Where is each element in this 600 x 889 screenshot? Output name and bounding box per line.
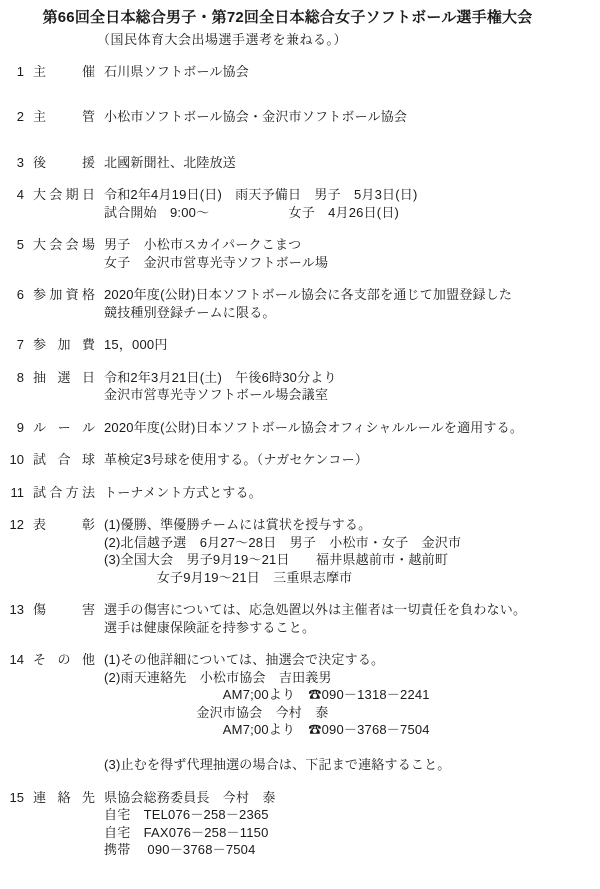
text-line: (3)止むを得ず代理抽選の場合は、下記まで連絡すること。 [104,756,600,774]
item-number: 12 [0,516,24,534]
item-number: 11 [0,484,24,502]
text-line: 選手の傷害については、応急処置以外は主催者は一切責任を負わない。 [104,601,600,619]
item-label: 試合方法 [33,484,95,502]
document-item: 4 大会期日 令和2年4月19日(日) 雨天予備日 男子 5月3日(日)試合開始… [0,186,600,221]
page-subtitle: （国民体育大会出場選手選考を兼ねる。） [97,31,600,49]
text-line: 15，000円 [104,336,600,354]
item-label: 連絡先 [33,789,95,807]
text-line: 男子 小松市スカイパークこまつ [104,236,600,254]
item-content: 革検定3号球を使用する。（ナガセケンコー） [104,451,600,469]
item-label: 表彰 [33,516,95,534]
text-line: 競技種別登録チームに限る。 [104,304,600,322]
document-item: 2 主管 小松市ソフトボール協会・金沢市ソフトボール協会 [0,108,600,126]
item-label: 大会会場 [33,236,95,254]
item-content: 石川県ソフトボール協会 [104,63,600,81]
text-line: 令和2年3月21日(土) 午後6時30分より [104,369,600,387]
item-number: 4 [0,186,24,204]
document-item: 10 試合球 革検定3号球を使用する。（ナガセケンコー） [0,451,600,469]
item-label: 傷害 [33,601,95,619]
item-label: 主管 [33,108,95,126]
text-line: 選手は健康保険証を持参すること。 [104,619,600,637]
item-content: 15，000円 [104,336,600,354]
item-content: (1)優勝、準優勝チームには賞状を授与する。(2)北信越予選 6月27～28日 … [104,516,600,586]
item-label: 参加費 [33,336,95,354]
document-item: 9 ルール 2020年度(公財)日本ソフトボール協会オフィシャルルールを適用する… [0,419,600,437]
item-label: 大会期日 [33,186,95,204]
text-line: 2020年度(公財)日本ソフトボール協会に各支部を通じて加盟登録した [104,286,600,304]
text-line: トーナメント方式とする。 [104,484,600,502]
document-item: 8 抽選日 令和2年3月21日(土) 午後6時30分より金沢市営専光寺ソフトボー… [0,369,600,404]
text-line: 革検定3号球を使用する。（ナガセケンコー） [104,451,600,469]
item-number: 3 [0,154,24,172]
item-number: 8 [0,369,24,387]
item-label: 抽選日 [33,369,95,387]
text-line: 試合開始 9:00～ 女子 4月26日(日) [104,204,600,222]
item-content: トーナメント方式とする。 [104,484,600,502]
text-line: (1)その他詳細については、抽選会で決定する。 [104,651,600,669]
document-item: 14 その他 (1)その他詳細については、抽選会で決定する。(2)雨天連絡先 小… [0,651,600,774]
item-label: 後援 [33,154,95,172]
document-item: 7 参加費 15，000円 [0,336,600,354]
item-number: 9 [0,419,24,437]
text-line: (3)全国大会 男子9月19～21日 福井県越前市・越前町 [104,551,600,569]
item-number: 10 [0,451,24,469]
text-line: 携帯 090－3768－7504 [104,841,600,859]
items-list: 1 主催 石川県ソフトボール協会 2 主管 小松市ソフトボール協会・金沢市ソフト… [0,63,600,859]
text-line: 2020年度(公財)日本ソフトボール協会オフィシャルルールを適用する。 [104,419,600,437]
item-number: 13 [0,601,24,619]
text-line: 北國新聞社、北陸放送 [104,154,600,172]
text-line: 女子 金沢市営専光寺ソフトボール場 [104,254,600,272]
item-number: 2 [0,108,24,126]
item-number: 6 [0,286,24,304]
text-line: (2)雨天連絡先 小松市協会 吉田義男 [104,669,600,687]
page-title: 第66回全日本総合男子・第72回全日本総合女子ソフトボール選手権大会 [0,8,575,27]
text-line: 小松市ソフトボール協会・金沢市ソフトボール協会 [104,108,600,126]
item-content: 2020年度(公財)日本ソフトボール協会に各支部を通じて加盟登録した競技種別登録… [104,286,600,321]
item-content: 小松市ソフトボール協会・金沢市ソフトボール協会 [104,108,600,126]
text-line: 県協会総務委員長 今村 泰 [104,789,600,807]
text-line: 自宅 TEL076－258－2365 [104,806,600,824]
text-line: 自宅 FAX076－258－1150 [104,824,600,842]
item-content: (1)その他詳細については、抽選会で決定する。(2)雨天連絡先 小松市協会 吉田… [104,651,600,774]
text-line: AM7;00より ☎090－1318－2241 [104,686,600,704]
item-label: 参加資格 [33,286,95,304]
item-content: 令和2年3月21日(土) 午後6時30分より金沢市営専光寺ソフトボール場会議室 [104,369,600,404]
text-line: 金沢市協会 今村 泰 [104,704,600,722]
item-number: 5 [0,236,24,254]
item-content: 選手の傷害については、応急処置以外は主催者は一切責任を負わない。選手は健康保険証… [104,601,600,636]
item-content: 北國新聞社、北陸放送 [104,154,600,172]
item-number: 15 [0,789,24,807]
item-number: 14 [0,651,24,669]
item-label: 試合球 [33,451,95,469]
text-line: 石川県ソフトボール協会 [104,63,600,81]
item-label: ルール [33,419,95,437]
document-item: 3 後援 北國新聞社、北陸放送 [0,154,600,172]
text-line: 女子9月19～21日 三重県志摩市 [104,569,600,587]
tournament-announcement-document: 第66回全日本総合男子・第72回全日本総合女子ソフトボール選手権大会 （国民体育… [0,0,600,889]
item-content: 2020年度(公財)日本ソフトボール協会オフィシャルルールを適用する。 [104,419,600,437]
document-item: 13 傷害 選手の傷害については、応急処置以外は主催者は一切責任を負わない。選手… [0,601,600,636]
text-line: 令和2年4月19日(日) 雨天予備日 男子 5月3日(日) [104,186,600,204]
document-item: 11 試合方法 トーナメント方式とする。 [0,484,600,502]
text-line [104,739,600,757]
document-item: 12 表彰 (1)優勝、準優勝チームには賞状を授与する。(2)北信越予選 6月2… [0,516,600,586]
text-line: AM7;00より ☎090－3768－7504 [104,721,600,739]
document-item: 1 主催 石川県ソフトボール協会 [0,63,600,81]
document-item: 6 参加資格 2020年度(公財)日本ソフトボール協会に各支部を通じて加盟登録し… [0,286,600,321]
item-content: 男子 小松市スカイパークこまつ女子 金沢市営専光寺ソフトボール場 [104,236,600,271]
item-number: 7 [0,336,24,354]
item-content: 県協会総務委員長 今村 泰自宅 TEL076－258－2365自宅 FAX076… [104,789,600,859]
item-label: その他 [33,651,95,669]
text-line: 金沢市営専光寺ソフトボール場会議室 [104,386,600,404]
item-content: 令和2年4月19日(日) 雨天予備日 男子 5月3日(日)試合開始 9:00～ … [104,186,600,221]
text-line: (1)優勝、準優勝チームには賞状を授与する。 [104,516,600,534]
document-item: 15 連絡先 県協会総務委員長 今村 泰自宅 TEL076－258－2365自宅… [0,789,600,859]
item-number: 1 [0,63,24,81]
text-line: (2)北信越予選 6月27～28日 男子 小松市・女子 金沢市 [104,534,600,552]
item-label: 主催 [33,63,95,81]
document-item: 5 大会会場 男子 小松市スカイパークこまつ女子 金沢市営専光寺ソフトボール場 [0,236,600,271]
